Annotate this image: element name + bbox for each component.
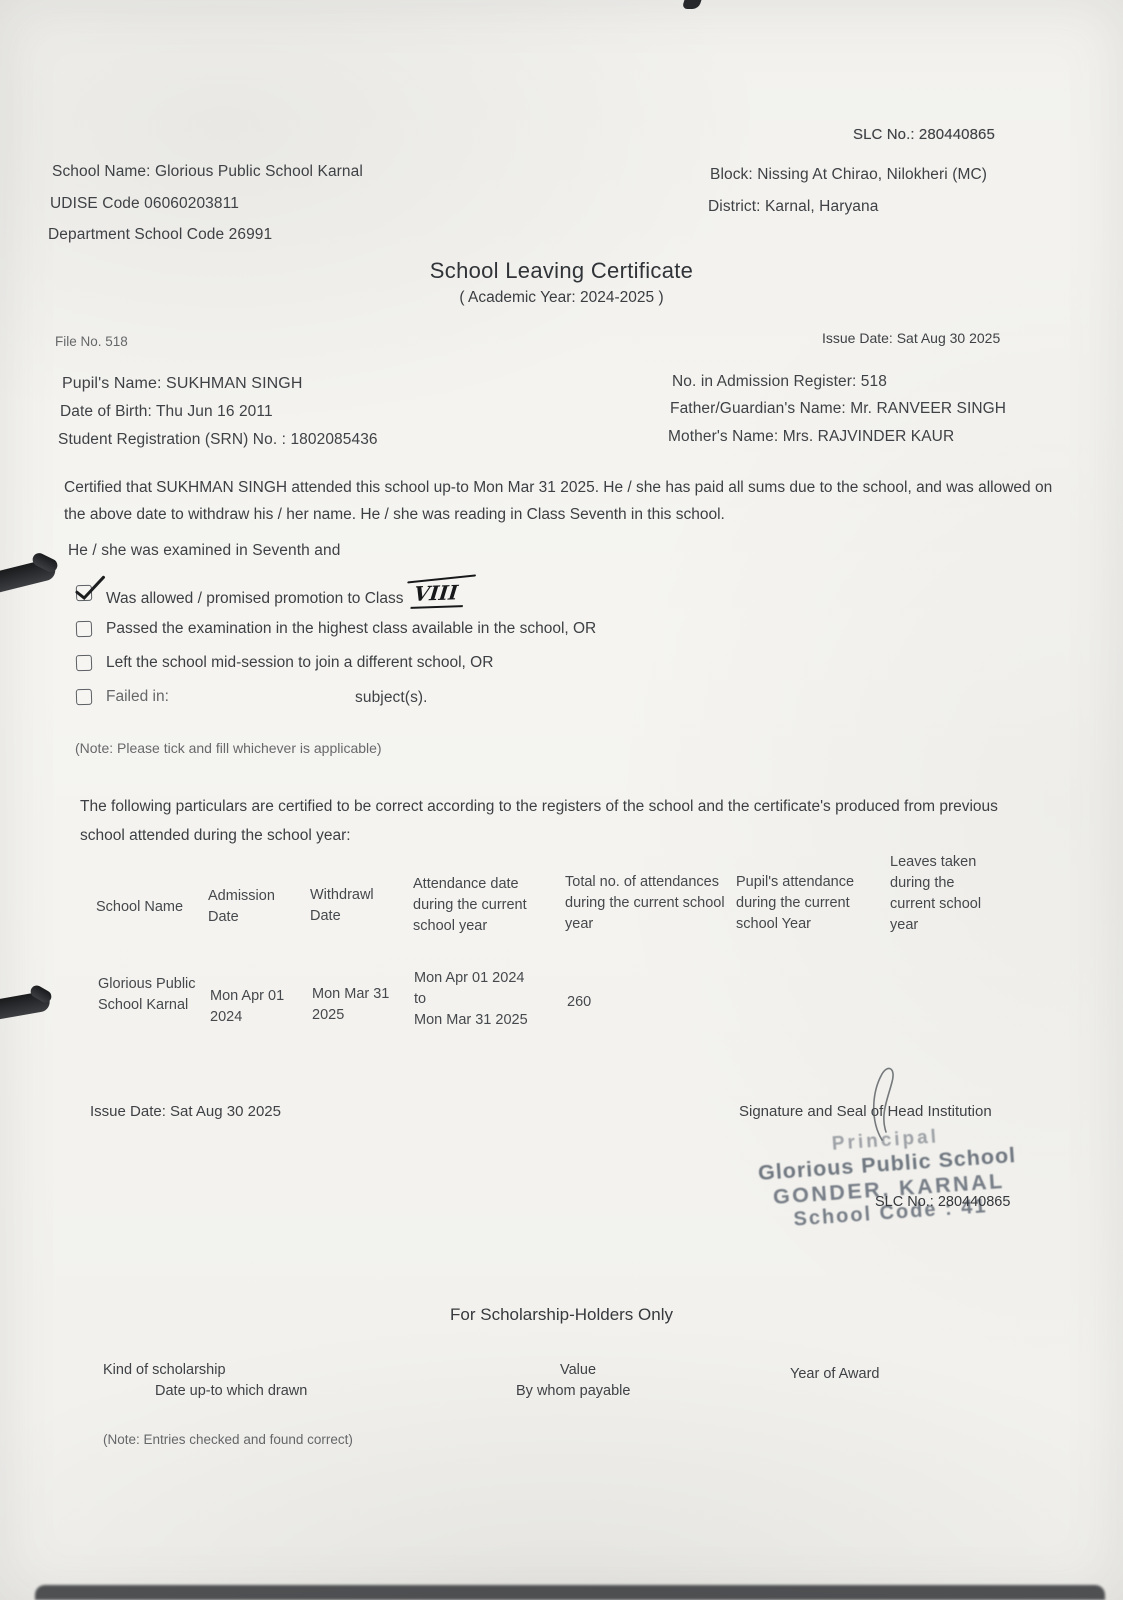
- mother-name-line: Mother's Name: Mrs. RAJVINDER KAUR: [668, 428, 954, 446]
- checkbox-label: Was allowed / promised promotion to Clas…: [106, 584, 463, 611]
- scholarship-value-label: Value: [560, 1362, 596, 1378]
- department-school-code-line: Department School Code 26991: [48, 226, 272, 244]
- file-number: File No. 518: [55, 334, 128, 349]
- scholarship-date-drawn-label: Date up-to which drawn: [155, 1383, 307, 1399]
- scholarship-payable-label: By whom payable: [516, 1383, 630, 1399]
- certified-paragraph: Certified that SUKHMAN SINGH attended th…: [64, 474, 1069, 528]
- cell-withdrawl-date: Mon Mar 31 2025: [312, 984, 407, 1026]
- dob-line: Date of Birth: Thu Jun 16 2011: [60, 403, 273, 421]
- checkbox-empty-icon: [76, 689, 93, 706]
- handwritten-class-value: VIII: [410, 580, 465, 609]
- checkbox-checked-icon: [76, 585, 93, 602]
- checkbox-empty-icon: [76, 655, 93, 672]
- slc-number-overlay: SLC No.: 280440865: [875, 1194, 1010, 1210]
- checkbox-row-failed: Failed in:: [76, 688, 169, 706]
- tick-mark-icon: [73, 571, 108, 602]
- checkbox-row-left-school: Left the school mid-session to join a di…: [76, 654, 493, 672]
- scanned-certificate-page: SLC No.: 280440865 School Name: Glorious…: [0, 0, 1123, 1600]
- slc-number: SLC No.: 280440865: [853, 126, 995, 143]
- block-line: Block: Nissing At Chirao, Nilokheri (MC): [710, 166, 987, 184]
- district-line: District: Karnal, Haryana: [708, 198, 878, 216]
- cell-admission-date: Mon Apr 01 2024: [210, 986, 305, 1028]
- school-stamp: Principal Glorious Public School GONDER,…: [725, 1119, 1051, 1236]
- checkbox-empty-icon: [76, 621, 93, 638]
- cell-total-attendances: 260: [567, 992, 627, 1013]
- srn-line: Student Registration (SRN) No. : 1802085…: [58, 431, 378, 449]
- promotion-label-text: Was allowed / promised promotion to Clas…: [106, 590, 404, 607]
- tick-note: (Note: Please tick and fill whichever is…: [75, 740, 382, 756]
- checkbox-label: Failed in:: [106, 688, 169, 706]
- school-name-line: School Name: Glorious Public School Karn…: [52, 163, 363, 181]
- col-header-school-name: School Name: [96, 897, 196, 918]
- col-header-pupils-attendance: Pupil's attendance during the current sc…: [736, 872, 881, 935]
- col-header-total-attendances: Total no. of attendances during the curr…: [565, 872, 730, 935]
- scan-shadow-band: [35, 1585, 1105, 1600]
- checkbox-label: Left the school mid-session to join a di…: [106, 654, 493, 672]
- issue-date-top: Issue Date: Sat Aug 30 2025: [822, 330, 1000, 346]
- udise-code-line: UDISE Code 06060203811: [50, 195, 239, 213]
- entries-checked-note: (Note: Entries checked and found correct…: [103, 1432, 353, 1447]
- admission-register-line: No. in Admission Register: 518: [672, 373, 887, 391]
- father-name-line: Father/Guardian's Name: Mr. RANVEER SING…: [670, 400, 1006, 418]
- col-header-attendance-date: Attendance date during the current schoo…: [413, 874, 558, 937]
- col-header-admission-date: Admission Date: [208, 886, 296, 928]
- page-title: School Leaving Certificate: [0, 258, 1123, 284]
- checkbox-label: Passed the examination in the highest cl…: [106, 620, 596, 638]
- col-header-withdrawl-date: Withdrawl Date: [310, 885, 398, 927]
- scholarship-year-label: Year of Award: [790, 1366, 880, 1382]
- cell-school-name: Glorious Public School Karnal: [98, 974, 210, 1016]
- pupil-name-line: Pupil's Name: SUKHMAN SINGH: [62, 375, 302, 393]
- examined-line: He / she was examined in Seventh and: [68, 542, 340, 560]
- checkbox-row-promotion: Was allowed / promised promotion to Clas…: [76, 584, 463, 611]
- scholarship-kind-label: Kind of scholarship: [103, 1362, 226, 1378]
- academic-year-subtitle: ( Academic Year: 2024-2025 ): [0, 289, 1123, 307]
- scholarship-title: For Scholarship-Holders Only: [0, 1305, 1123, 1325]
- col-header-leaves-taken: Leaves taken during the current school y…: [890, 852, 1000, 936]
- checkbox-row-passed: Passed the examination in the highest cl…: [76, 620, 596, 638]
- particulars-paragraph: The following particulars are certified …: [80, 792, 1030, 850]
- cell-attendance-dates: Mon Apr 01 2024 to Mon Mar 31 2025: [414, 968, 564, 1031]
- subjects-suffix: subject(s).: [355, 689, 428, 707]
- issue-date-bottom: Issue Date: Sat Aug 30 2025: [90, 1103, 281, 1120]
- scan-edge-mark: [682, 0, 702, 9]
